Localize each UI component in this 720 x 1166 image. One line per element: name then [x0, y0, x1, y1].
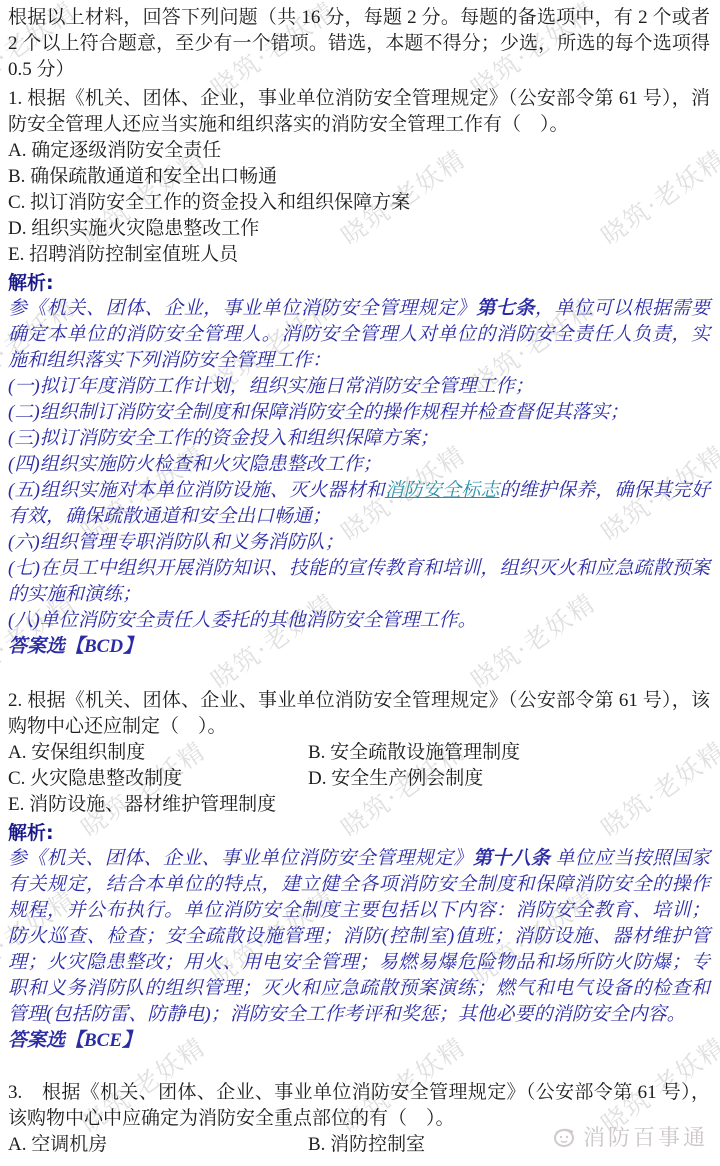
- mascot-face-icon: [552, 1125, 578, 1149]
- option-c: C. 拟订消防安全工作的资金投入和组织保障方案: [8, 190, 710, 216]
- option-b: B. 确保疏散通道和安全出口畅通: [8, 164, 710, 190]
- fire-safety-signs-link[interactable]: 消防安全标志: [385, 480, 500, 501]
- logo-text: 消防百事通: [583, 1121, 708, 1152]
- options-row: A. 安保组织制度 B. 安全疏散设施管理制度: [8, 740, 710, 766]
- option-d: D. 安全生产例会制度: [308, 766, 710, 792]
- question-1-answer: 答案选【BCD】: [8, 634, 710, 660]
- question-2-answer: 答案选【BCE】: [8, 1028, 710, 1054]
- analysis-label: 解析:: [8, 270, 710, 296]
- analysis-label: 解析:: [8, 820, 710, 846]
- option-e: E. 招聘消防控制室值班人员: [8, 242, 710, 268]
- options-row: E. 消防设施、器材维护管理制度: [8, 792, 710, 818]
- question-1: 1. 根据《机关、团体、企业，事业单位消防安全管理规定》（公安部令第 61 号）…: [8, 86, 710, 660]
- option-c: C. 火灾隐患整改制度: [8, 766, 308, 792]
- analysis-reference: 参《机关、团体、企业，事业单位消防安全管理规定》第七条，单位可以根据需要确定本单…: [8, 296, 710, 374]
- reference-prefix: 参《机关、团体、企业、事业单位消防安全管理规定》: [8, 848, 473, 869]
- question-1-stem: 1. 根据《机关、团体、企业，事业单位消防安全管理规定》（公安部令第 61 号）…: [8, 86, 710, 138]
- question-1-options: A. 确定逐级消防安全责任 B. 确保疏散通道和安全出口畅通 C. 拟订消防安全…: [8, 138, 710, 268]
- analysis-item-1: (一)拟订年度消防工作计划，组织实施日常消防安全管理工作；: [8, 374, 710, 400]
- analysis-item-3: (三)拟订消防安全工作的资金投入和组织保障方案；: [8, 426, 710, 452]
- option-d: D. 组织实施火灾隐患整改工作: [8, 216, 710, 242]
- article-number: 第七条: [476, 298, 535, 319]
- analysis-item-5-pre: (五)组织实施对本单位消防设施、灭火器材和: [8, 480, 385, 501]
- exam-document-page: 根据以上材料，回答下列问题（共 16 分，每题 2 分。每题的备选项中，有 2 …: [0, 0, 720, 1158]
- analysis-item-6: (六)组织管理专职消防队和义务消防队；: [8, 530, 710, 556]
- analysis-item-5: (五)组织实施对本单位消防设施、灭火器材和消防安全标志的维护保养，确保其完好有效…: [8, 478, 710, 530]
- reference-suffix: 单位应当按照国家有关规定，结合本单位的特点，建立健全各项消防安全制度和保障消防安…: [8, 848, 710, 1025]
- instructions-paragraph: 根据以上材料，回答下列问题（共 16 分，每题 2 分。每题的备选项中，有 2 …: [8, 5, 710, 83]
- analysis-item-8: (八)单位消防安全责任人委托的其他消防安全管理工作。: [8, 608, 710, 634]
- analysis-item-2: (二)组织制订消防安全制度和保障消防安全的操作规程并检查督促其落实；: [8, 400, 710, 426]
- analysis-item-4: (四)组织实施防火检查和火灾隐患整改工作；: [8, 452, 710, 478]
- analysis-reference: 参《机关、团体、企业、事业单位消防安全管理规定》第十八条 单位应当按照国家有关规…: [8, 846, 710, 1028]
- option-a: A. 安保组织制度: [8, 740, 308, 766]
- question-2: 2. 根据《机关、团体、企业、事业单位消防安全管理规定》（公安部令第 61 号）…: [8, 688, 710, 1054]
- reference-prefix: 参《机关、团体、企业，事业单位消防安全管理规定》: [8, 298, 476, 319]
- fire119-logo: 消防百事通: [552, 1121, 708, 1152]
- option-a: A. 确定逐级消防安全责任: [8, 138, 710, 164]
- question-2-options: A. 安保组织制度 B. 安全疏散设施管理制度 C. 火灾隐患整改制度 D. 安…: [8, 740, 710, 818]
- question-2-stem: 2. 根据《机关、团体、企业、事业单位消防安全管理规定》（公安部令第 61 号）…: [8, 688, 710, 740]
- option-b: B. 安全疏散设施管理制度: [308, 740, 710, 766]
- option-a: A. 空调机房: [8, 1132, 308, 1158]
- options-row: C. 火灾隐患整改制度 D. 安全生产例会制度: [8, 766, 710, 792]
- analysis-item-7: (七)在员工中组织开展消防知识、技能的宣传教育和培训，组织灭火和应急疏散预案的实…: [8, 556, 710, 608]
- option-e: E. 消防设施、器材维护管理制度: [8, 792, 276, 818]
- article-number: 第十八条: [473, 848, 550, 869]
